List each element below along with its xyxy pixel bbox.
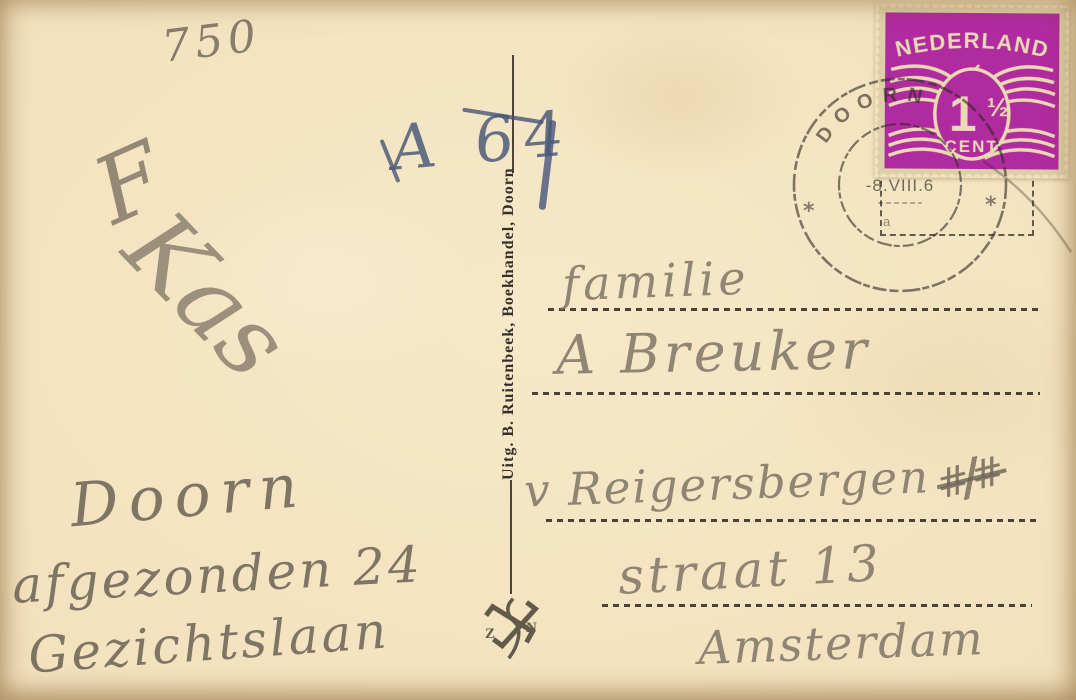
monogram-letter-n: N — [526, 620, 537, 636]
address-dotted-line-2 — [532, 392, 1040, 395]
monogram-letter-z: Z — [485, 626, 495, 642]
publisher-imprint: Uitg. B. Ruitenbeek, Boekhandel, Doorn — [500, 172, 528, 480]
postmark-star-right-icon: * — [985, 193, 997, 218]
pencil-price: 750 — [160, 14, 264, 70]
address-line-2: A Breuker — [556, 323, 872, 382]
postcard-back: 750 F Kas A 64 Uitg. B. Ruitenbeek, Boek… — [0, 0, 1076, 700]
postmark: DOORN -8.VIII.6 a * * — [783, 66, 1076, 316]
address-line-4: straat 13 — [617, 538, 884, 602]
address-line-5: Amsterdam — [697, 615, 985, 671]
struck-out-number: ## — [932, 450, 1011, 506]
printer-monogram-icon: Z N — [482, 596, 546, 662]
sender-line-1: Doorn — [68, 456, 310, 536]
divider-rule-bottom — [510, 480, 512, 594]
address-line-3-text: v Reigersbergen — [523, 450, 931, 517]
postmark-star-left-icon: * — [803, 199, 815, 224]
sender-line-2: afgezonden 24 — [11, 539, 424, 610]
svg-text:DOORN: DOORN — [812, 84, 933, 148]
sender-line-3: Gezichtslaan — [27, 605, 391, 680]
postmark-letter-code: a — [883, 214, 891, 229]
postmark-date: -8.VIII.6 — [866, 176, 935, 195]
address-dotted-line-4 — [602, 604, 1032, 607]
address-dotted-line-3 — [546, 519, 1040, 522]
address-line-3: v Reigersbergen## — [523, 452, 1007, 514]
postmark-town: DOORN — [812, 84, 933, 148]
address-line-1: familie — [561, 255, 750, 308]
